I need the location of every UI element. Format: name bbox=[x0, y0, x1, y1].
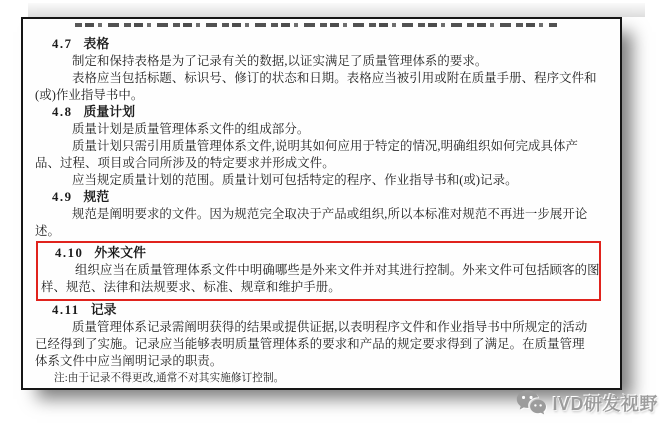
section-number: 4.9 bbox=[52, 190, 73, 204]
doc-line: 组织应当在质量管理体系文件中明确哪些是外来文件并对其进行控制。外来文件可包括顾客… bbox=[41, 262, 595, 279]
doc-line: 质量管理体系记录需阐明获得的结果或提供证据,以表明程序文件和作业指导书中所规定的… bbox=[35, 319, 615, 336]
section-heading-4.8: 4.8质量计划 bbox=[35, 104, 615, 121]
doc-line: 已经得到了实施。记录应当能够表明质量管理体系的要求和产品的规定要求得到了满足。在… bbox=[35, 336, 615, 353]
watermark: IVD研发视野 bbox=[516, 389, 658, 416]
doc-line: (或)作业指导书中。 bbox=[35, 87, 615, 104]
highlight-box-section-4.10: 4.10外来文件组织应当在质量管理体系文件中明确哪些是外来文件并对其进行控制。外… bbox=[36, 241, 601, 301]
watermark-label: IVD研发视野 bbox=[552, 390, 658, 416]
section-heading-4.9: 4.9规范 bbox=[35, 189, 615, 206]
section-number: 4.7 bbox=[52, 37, 73, 51]
section-number: 4.11 bbox=[52, 303, 80, 317]
note-line: 注:由于记录不得更改,通常不对其实施修订控制。 bbox=[35, 370, 615, 387]
section-number: 4.10 bbox=[55, 246, 83, 260]
scanned-document-page: 4.7表格制定和保持表格是为了记录有关的数据,以证实满足了质量管理体系的要求。表… bbox=[21, 17, 622, 390]
section-number: 4.8 bbox=[52, 105, 73, 119]
doc-line: 表格应当包括标题、标识号、修订的状态和日期。表格应当被引用或附在质量手册、程序文… bbox=[35, 70, 615, 87]
text-column: 4.7表格制定和保持表格是为了记录有关的数据,以证实满足了质量管理体系的要求。表… bbox=[35, 21, 615, 387]
doc-line: 质量计划是质量管理体系文件的组成部分。 bbox=[35, 121, 615, 138]
section-title: 记录 bbox=[91, 303, 117, 317]
doc-line: 应当规定质量计划的范围。质量计划可包括特定的程序、作业指导书和(或)记录。 bbox=[35, 172, 615, 189]
doc-line: 品、过程、项目或合同所涉及的特定要求并形成文件。 bbox=[35, 155, 615, 172]
section-title: 外来文件 bbox=[94, 246, 146, 260]
doc-line: 制定和保持表格是为了记录有关的数据,以证实满足了质量管理体系的要求。 bbox=[35, 53, 615, 70]
section-title: 质量计划 bbox=[84, 105, 136, 119]
scan-shadow-strip bbox=[28, 3, 645, 17]
section-heading-4.10: 4.10外来文件 bbox=[41, 245, 595, 262]
section-title: 规范 bbox=[84, 190, 110, 204]
section-heading-4.11: 4.11记录 bbox=[35, 302, 615, 319]
doc-line: 规范是阐明要求的文件。因为规范完全取决于产品或组织,所以本标准对规范不再进一步展… bbox=[35, 206, 615, 223]
wechat-icon bbox=[516, 389, 546, 416]
section-heading-4.7: 4.7表格 bbox=[35, 36, 615, 53]
section-title: 表格 bbox=[84, 37, 110, 51]
doc-line: 样、规范、法律和法规要求、标准、规章和维护手册。 bbox=[41, 279, 595, 296]
text-fragment-strip bbox=[75, 23, 557, 27]
cut-off-text-fragments bbox=[35, 21, 615, 36]
doc-line: 体系文件中应当阐明记录的职责。 bbox=[35, 353, 615, 370]
doc-line: 述。 bbox=[35, 223, 615, 240]
doc-line: 质量计划只需引用质量管理体系文件,说明其如何应用于特定的情况,明确组织如何完成具… bbox=[35, 138, 615, 155]
